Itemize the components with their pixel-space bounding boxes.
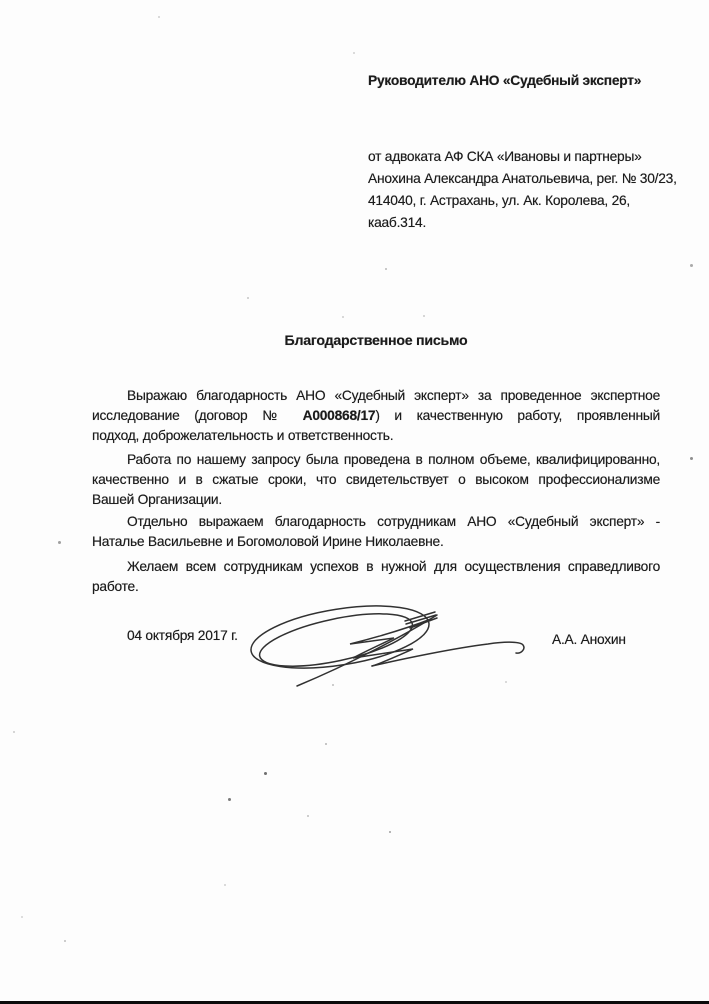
paragraph-line: качественно и в сжатые сроки, что свидет… xyxy=(92,470,660,490)
scan-speck xyxy=(385,268,387,270)
sender-block: от адвоката АФ СКА «Ивановы и партнеры» … xyxy=(368,146,698,234)
paragraph-line: Желаем всем сотрудникам успехов в нужной… xyxy=(92,557,660,577)
handwritten-signature-icon xyxy=(240,595,540,705)
scanned-letter-page: Руководителю АНО «Судебный эксперт» от а… xyxy=(0,0,709,1004)
letter-title: Благодарственное письмо xyxy=(92,333,660,349)
scan-speck xyxy=(21,916,23,918)
scan-speck xyxy=(13,731,15,733)
sender-line: кааб.314. xyxy=(368,212,698,234)
paragraph-4: Желаем всем сотрудникам успехов в нужной… xyxy=(92,557,660,597)
paragraph-line: Выражаю благодарность АНО «Судебный эксп… xyxy=(92,386,660,406)
sender-line: Анохина Александра Анатольевича, рег. № … xyxy=(368,168,698,190)
paragraph-text: исследование (договор № xyxy=(92,408,303,423)
letter-date: 04 октября 2017 г. xyxy=(127,628,238,643)
scan-speck xyxy=(690,264,693,267)
scan-speck xyxy=(158,16,160,18)
scan-speck xyxy=(342,316,344,318)
paragraph-line: Наталье Васильевне и Богомоловой Ирине Н… xyxy=(92,532,660,552)
scan-speck xyxy=(58,541,61,544)
scan-speck xyxy=(690,457,693,460)
paragraph-line: работе. xyxy=(92,577,660,597)
scan-speck xyxy=(247,297,249,299)
scan-speck xyxy=(224,884,226,886)
contract-number: А000868/17 xyxy=(303,408,376,423)
scan-speck xyxy=(228,798,231,801)
paragraph-line: подход, доброжелательность и ответственн… xyxy=(92,426,660,446)
scan-speck xyxy=(307,815,309,817)
paragraph-1: Выражаю благодарность АНО «Судебный эксп… xyxy=(92,386,660,446)
scan-speck xyxy=(505,681,507,683)
scan-speck xyxy=(389,831,391,833)
scan-speck xyxy=(264,772,267,775)
paragraph-line: Отдельно выражаем благодарность сотрудни… xyxy=(92,512,660,532)
paragraph-line: исследование (договор № А000868/17) и ка… xyxy=(92,406,660,426)
scan-speck xyxy=(325,743,327,745)
paragraph-line: Вашей Организации. xyxy=(92,490,660,510)
scan-speck xyxy=(353,52,355,54)
scan-speck xyxy=(332,684,334,686)
paragraph-line: Работа по нашему запросу была проведена … xyxy=(92,450,660,470)
paragraph-2: Работа по нашему запросу была проведена … xyxy=(92,450,660,510)
scan-speck xyxy=(64,940,66,942)
paragraph-3: Отдельно выражаем благодарность сотрудни… xyxy=(92,512,660,552)
recipient-heading: Руководителю АНО «Судебный эксперт» xyxy=(368,73,641,88)
sender-line: 414040, г. Астрахань, ул. Ак. Королева, … xyxy=(368,190,698,212)
signatory-name: А.А. Анохин xyxy=(552,632,626,647)
scan-speck xyxy=(423,315,425,317)
sender-line: от адвоката АФ СКА «Ивановы и партнеры» xyxy=(368,146,698,168)
